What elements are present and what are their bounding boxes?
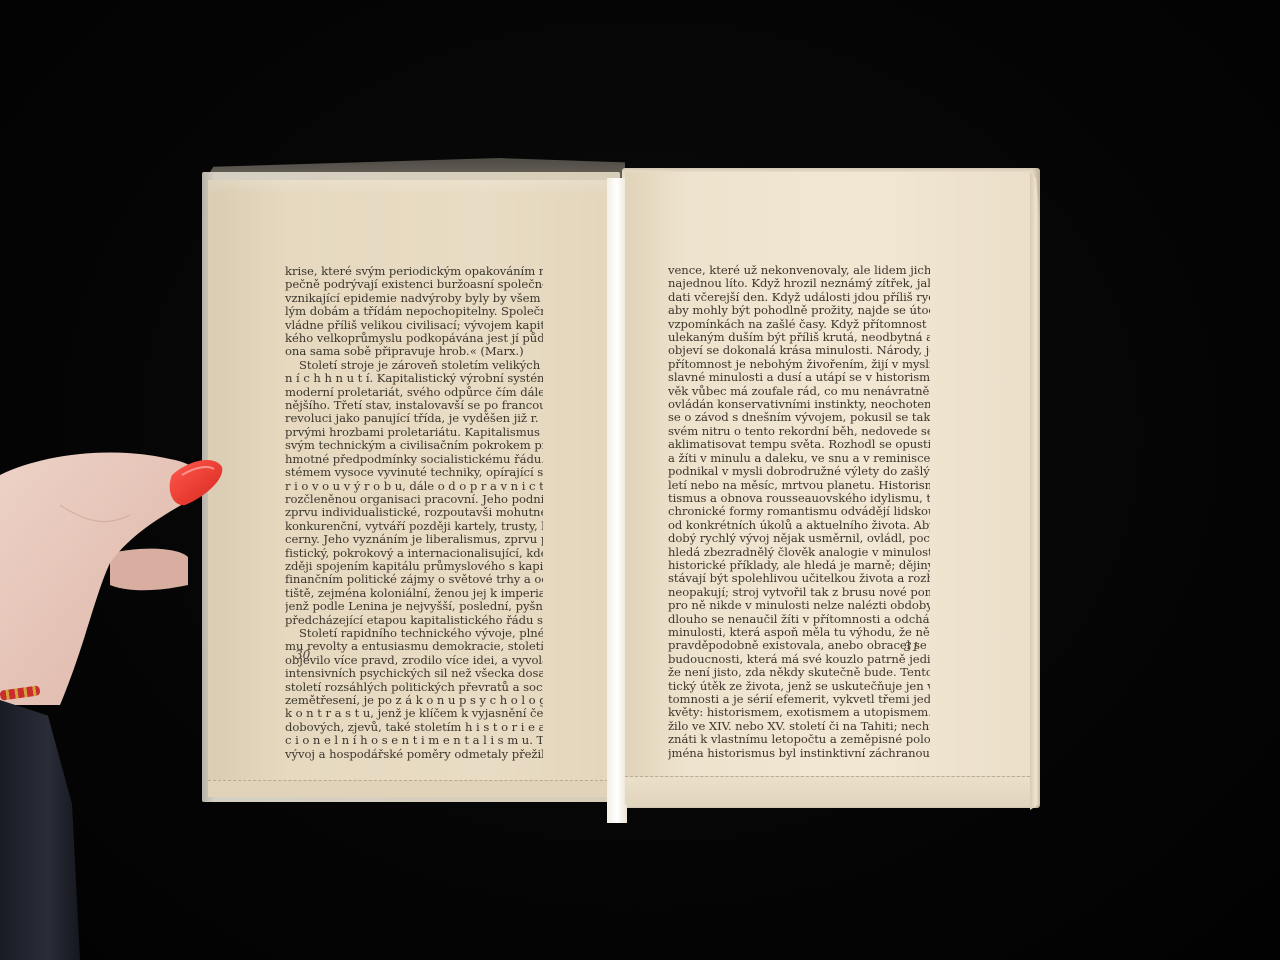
text-line: pravděpodobně existovala, anebo obracel … [668,639,930,652]
text-line: stávají být spolehlivou učitelkou života… [668,572,930,585]
text-line: květy: historismem, exotismem a utopisme… [668,706,930,719]
text-line: svém nitru o tento rekordní běh, nedoved… [668,425,930,438]
text-line: konkurenční, vytváří později kartely, tr… [285,520,543,533]
text-line: aby mohly být pohodlně prožity, najde se… [668,304,930,317]
text-line: najednou líto. Když hrozil neznámý zítře… [668,277,930,290]
dark-sleeve [0,700,80,960]
text-line: jména historismus byl instinktivní záchr… [668,747,930,760]
text-line: ovládán konservativními instinkty, neoch… [668,398,930,411]
text-line: dobý rychlý vývoj nějak usměrnil, ovládl… [668,532,930,545]
text-line: ona sama sobě připravuje hrob.« (Marx.) [285,345,543,358]
text-line: vznikající epidemie nadvýroby byly by vš… [285,292,543,305]
text-line: Století rapidního technického vývoje, pl… [285,627,543,640]
text-line: tiště, zejména koloniální, ženou jej k i… [285,587,543,600]
text-line: svým technickým a civilisačním pokrokem … [285,439,543,452]
text-line: dlouho se nenaučil žíti v přítomnosti a … [668,613,930,626]
text-line: prvými hrozbami proletariátu. Kapitalism… [285,426,543,439]
text-line: intensivních psychických sil než všecka … [285,667,543,680]
text-line: krise, které svým periodickým opakováním… [285,265,543,278]
text-line: tický útěk ze života, jenž se uskutečňuj… [668,680,930,693]
photo-scene: krise, které svým periodickým opakováním… [0,0,1280,960]
text-line: přítomnost je nebohým živořením, žijí v … [668,358,930,371]
text-line: jenž podle Lenina je nejvyšší, poslední,… [285,600,543,613]
text-line: moderní proletariát, svého odpůrce čím d… [285,386,543,399]
text-line: zprvu individualistické, rozpoutavši moh… [285,506,543,519]
text-line: dobových, zjevů, také stoletím h i s t o… [285,721,543,734]
text-line: r i o v o u v ý r o b u, dále o d o p r … [285,480,543,493]
text-line: dati včerejší den. Když události jdou př… [668,291,930,304]
text-line: mu revolty a entusiasmu demokracie, stol… [285,640,543,653]
text-line: se o závod s dnešním vývojem, pokusil se… [668,411,930,424]
text-line: fistický, pokrokový a internacionalisují… [285,547,543,560]
left-page-bottom-edge [208,780,608,797]
text-line: neopakují; stroj vytvořil tak z brusu no… [668,586,930,599]
text-line: stémem vysoce vyvinuté techniky, opírají… [285,466,543,479]
text-line: n í c h h n u t í. Kapitalistický výrobn… [285,372,543,385]
text-line: objeví se dokonalá krása minulosti. Náro… [668,344,930,357]
text-line: věk vůbec má zoufale rád, co mu nenávrat… [668,385,930,398]
text-line: slavné minulosti a dusí a utápí se v his… [668,371,930,384]
book-gutter [607,178,627,823]
text-line: Století stroje je zároveň stoletím velik… [285,359,543,372]
page-number-left: 30 [295,648,310,662]
text-line: cerny. Jeho vyznáním je liberalismus, zp… [285,533,543,546]
page-number-right: 31 [904,640,919,654]
text-line: znáti k vlastnímu letopočtu a zeměpisné … [668,733,930,746]
text-line: chronické formy romantismu odvádějí lids… [668,505,930,518]
text-line: zemětřesení, je po z á k o n u p s y c h… [285,694,543,707]
text-line: kého velkoprůmyslu podkopávána jest jí p… [285,332,543,345]
text-line: hmotné předpodmínky socialistickému řádu… [285,453,543,466]
text-line: vence, které už nekonvenovaly, ale lidem… [668,264,930,277]
hand-holding-page [0,445,230,705]
right-page-text: vence, které už nekonvenovaly, ale lidem… [668,264,930,760]
text-line: tomnosti a je sérií efemerit, vykvetl tř… [668,693,930,706]
text-line: pro ně nikde v minulosti nelze nalézti o… [668,599,930,612]
text-line: historické příklady, ale hledá je marně;… [668,559,930,572]
text-line: c i o n e l n í h o s e n t i m e n t a … [285,734,543,747]
text-line: objevilo více pravd, zrodilo více idei, … [285,654,543,667]
right-page-fore-edge [1030,172,1040,810]
text-line: rozčleněnou organisaci pracovní. Jeho po… [285,493,543,506]
text-line: tismus a obnova rousseauovského idylismu… [668,492,930,505]
right-page-bottom-edge [625,776,1030,805]
text-line: zději spojením kapitálu průmyslového s k… [285,560,543,573]
text-line: letí nebo na měsíc, mrtvou planetu. Hist… [668,479,930,492]
text-line: aklimatisovat tempu světa. Rozhodl se op… [668,438,930,451]
text-line: vzpomínkách na zašlé časy. Když přítomno… [668,318,930,331]
text-line: vývoj a hospodářské poměry odmetaly přež… [285,748,543,761]
text-line: žilo ve XIV. nebo XV. století či na Tahi… [668,720,930,733]
text-line: revoluci jako panující třída, je vyděšen… [285,412,543,425]
text-line: minulosti, která aspoň měla tu výhodu, ž… [668,626,930,639]
text-line: finančním politické zájmy o světové trhy… [285,573,543,586]
text-line: podnikal v mysli dobrodružné výlety do z… [668,465,930,478]
text-line: ulekaným duším být příliš krutá, neodbyt… [668,331,930,344]
text-line: nějšího. Třetí stav, instalovavší se po … [285,399,543,412]
text-line: budoucnosti, která má své kouzlo patrně … [668,653,930,666]
left-page-text: krise, které svým periodickým opakováním… [285,265,543,761]
text-line: předcházející etapou kapitalistického řá… [285,614,543,627]
text-line: že není jisto, zda někdy skutečně bude. … [668,666,930,679]
text-line: od konkrétních úkolů a aktuelního života… [668,519,930,532]
text-line: století rozsáhlých politických převratů … [285,681,543,694]
text-line: lým dobám a třídám nepochopitelny. Spole… [285,305,543,318]
text-line: k o n t r a s t u, jenž je klíčem k vyja… [285,707,543,720]
text-line: vládne příliš velikou civilisací; vývoje… [285,319,543,332]
text-line: pečně podrývají existenci buržoasní spol… [285,278,543,291]
text-line: a žíti v minulu a daleku, ve snu a v rem… [668,452,930,465]
text-line: hledá zbezradnělý člověk analogie v minu… [668,546,930,559]
